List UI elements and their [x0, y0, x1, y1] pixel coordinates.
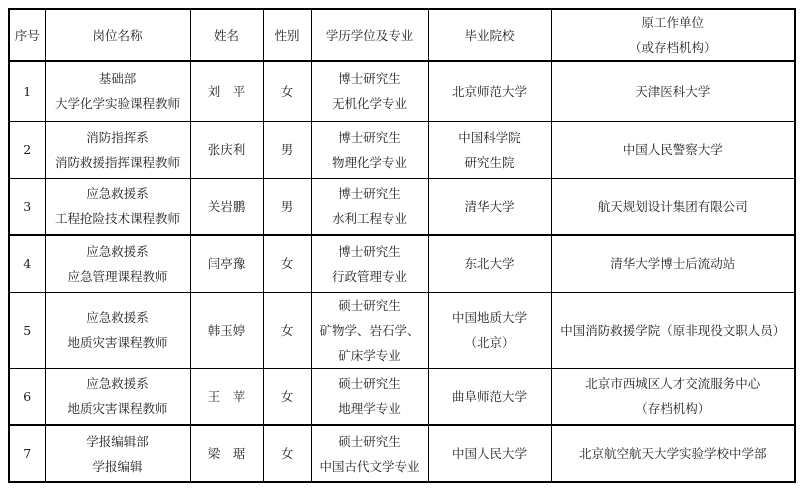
cell-line: 北京市西城区人才交流服务中心 — [554, 371, 793, 396]
cell-line: 女 — [266, 79, 309, 104]
column-header-line: 学历学位及专业 — [314, 23, 426, 48]
cell-line: 基础部 — [48, 66, 188, 91]
cell-line: 4 — [12, 251, 43, 276]
table-row: 2消防指挥系消防救援指挥课程教师张庆利男博士研究生物理化学专业中国科学院研究生院… — [9, 121, 795, 178]
cell-position: 学报编辑部学报编辑 — [45, 425, 190, 482]
cell-line: 博士研究生 — [314, 181, 426, 206]
cell-line: 女 — [266, 441, 309, 466]
cell-line: 矿物学、岩石学、 — [314, 318, 426, 343]
cell-original-unit: 天津医科大学 — [551, 61, 795, 121]
cell-education: 硕士研究生矿物学、岩石学、矿床学专业 — [311, 292, 428, 368]
cell-index: 1 — [9, 61, 45, 121]
cell-name: 刘 平 — [190, 61, 263, 121]
cell-line: 男 — [266, 137, 309, 162]
cell-name: 闫亭豫 — [190, 235, 263, 292]
cell-education: 博士研究生行政管理专业 — [311, 235, 428, 292]
column-header-gender: 性别 — [263, 9, 311, 61]
cell-name: 关岩鹏 — [190, 178, 263, 235]
cell-line: 王 苹 — [193, 384, 261, 409]
cell-line: 应急救援系 — [48, 239, 188, 264]
cell-education: 博士研究生无机化学专业 — [311, 61, 428, 121]
table-header: 序号岗位名称姓名性别学历学位及专业毕业院校原工作单位（或存档机构） — [9, 9, 795, 61]
cell-school: 中国地质大学（北京） — [428, 292, 551, 368]
cell-original-unit: 中国消防救援学院（原非现役文职人员） — [551, 292, 795, 368]
cell-line: 中国地质大学 — [431, 305, 549, 330]
column-header-line: （或存档机构） — [554, 35, 793, 60]
cell-school: 曲阜师范大学 — [428, 368, 551, 425]
cell-line: 研究生院 — [431, 150, 549, 175]
cell-line: 消防救援指挥课程教师 — [48, 150, 188, 175]
cell-index: 6 — [9, 368, 45, 425]
cell-education: 硕士研究生中国古代文学专业 — [311, 425, 428, 482]
cell-index: 4 — [9, 235, 45, 292]
cell-education: 博士研究生水利工程专业 — [311, 178, 428, 235]
column-header-index: 序号 — [9, 9, 45, 61]
cell-line: 6 — [12, 384, 43, 409]
cell-original-unit: 北京航空航天大学实验学校中学部 — [551, 425, 795, 482]
cell-line: （北京） — [431, 330, 549, 355]
cell-line: 7 — [12, 441, 43, 466]
cell-position: 基础部大学化学实验课程教师 — [45, 61, 190, 121]
cell-line: 大学化学实验课程教师 — [48, 91, 188, 116]
cell-index: 2 — [9, 121, 45, 178]
cell-original-unit: 北京市西城区人才交流服务中心（存档机构） — [551, 368, 795, 425]
cell-line: 工程抢险技术课程教师 — [48, 206, 188, 231]
cell-school: 北京师范大学 — [428, 61, 551, 121]
cell-line: （存档机构） — [554, 396, 793, 421]
cell-position: 应急救援系应急管理课程教师 — [45, 235, 190, 292]
table-row: 7学报编辑部学报编辑梁 琚女硕士研究生中国古代文学专业中国人民大学北京航空航天大… — [9, 425, 795, 482]
cell-gender: 男 — [263, 178, 311, 235]
table-row: 4应急救援系应急管理课程教师闫亭豫女博士研究生行政管理专业东北大学清华大学博士后… — [9, 235, 795, 292]
cell-line: 学报编辑部 — [48, 429, 188, 454]
cell-index: 3 — [9, 178, 45, 235]
cell-line: 1 — [12, 79, 43, 104]
cell-line: 5 — [12, 318, 43, 343]
table-row: 1基础部大学化学实验课程教师刘 平女博士研究生无机化学专业北京师范大学天津医科大… — [9, 61, 795, 121]
cell-line: 中国消防救援学院（原非现役文职人员） — [554, 318, 793, 343]
cell-line: 博士研究生 — [314, 125, 426, 150]
cell-line: 中国人民警察大学 — [554, 137, 793, 162]
cell-line: 地理学专业 — [314, 396, 426, 421]
cell-education: 博士研究生物理化学专业 — [311, 121, 428, 178]
cell-original-unit: 中国人民警察大学 — [551, 121, 795, 178]
cell-index: 5 — [9, 292, 45, 368]
table-row: 5应急救援系地质灾害课程教师韩玉婷女硕士研究生矿物学、岩石学、矿床学专业中国地质… — [9, 292, 795, 368]
cell-school: 中国人民大学 — [428, 425, 551, 482]
cell-line: 女 — [266, 251, 309, 276]
cell-line: 行政管理专业 — [314, 264, 426, 289]
cell-line: 应急救援系 — [48, 181, 188, 206]
column-header-name: 姓名 — [190, 9, 263, 61]
cell-school: 清华大学 — [428, 178, 551, 235]
cell-gender: 女 — [263, 235, 311, 292]
cell-line: 硕士研究生 — [314, 293, 426, 318]
cell-line: 应急救援系 — [48, 305, 188, 330]
cell-line: 刘 平 — [193, 79, 261, 104]
cell-position: 应急救援系工程抢险技术课程教师 — [45, 178, 190, 235]
cell-line: 清华大学 — [431, 194, 549, 219]
cell-line: 男 — [266, 194, 309, 219]
cell-position: 消防指挥系消防救援指挥课程教师 — [45, 121, 190, 178]
cell-name: 王 苹 — [190, 368, 263, 425]
column-header-line: 岗位名称 — [48, 23, 188, 48]
cell-gender: 女 — [263, 368, 311, 425]
column-header-line: 姓名 — [193, 23, 261, 48]
column-header-school: 毕业院校 — [428, 9, 551, 61]
cell-line: 应急救援系 — [48, 371, 188, 396]
cell-original-unit: 清华大学博士后流动站 — [551, 235, 795, 292]
cell-name: 张庆利 — [190, 121, 263, 178]
cell-gender: 女 — [263, 425, 311, 482]
cell-original-unit: 航天规划设计集团有限公司 — [551, 178, 795, 235]
cell-line: 天津医科大学 — [554, 79, 793, 104]
cell-line: 东北大学 — [431, 251, 549, 276]
cell-gender: 男 — [263, 121, 311, 178]
cell-line: 矿床学专业 — [314, 343, 426, 368]
cell-gender: 女 — [263, 292, 311, 368]
cell-line: 水利工程专业 — [314, 206, 426, 231]
cell-line: 闫亭豫 — [193, 251, 261, 276]
cell-line: 中国人民大学 — [431, 441, 549, 466]
cell-line: 应急管理课程教师 — [48, 264, 188, 289]
cell-line: 学报编辑 — [48, 454, 188, 479]
cell-line: 博士研究生 — [314, 66, 426, 91]
column-header-line: 原工作单位 — [554, 10, 793, 35]
cell-line: 北京航空航天大学实验学校中学部 — [554, 441, 793, 466]
cell-line: 梁 琚 — [193, 441, 261, 466]
cell-line: 北京师范大学 — [431, 79, 549, 104]
cell-line: 中国古代文学专业 — [314, 454, 426, 479]
cell-line: 曲阜师范大学 — [431, 384, 549, 409]
cell-line: 清华大学博士后流动站 — [554, 251, 793, 276]
column-header-original-unit: 原工作单位（或存档机构） — [551, 9, 795, 61]
cell-school: 东北大学 — [428, 235, 551, 292]
cell-name: 梁 琚 — [190, 425, 263, 482]
cell-line: 女 — [266, 318, 309, 343]
cell-line: 3 — [12, 194, 43, 219]
cell-index: 7 — [9, 425, 45, 482]
cell-position: 应急救援系地质灾害课程教师 — [45, 292, 190, 368]
cell-line: 女 — [266, 384, 309, 409]
column-header-position: 岗位名称 — [45, 9, 190, 61]
column-header-education: 学历学位及专业 — [311, 9, 428, 61]
cell-school: 中国科学院研究生院 — [428, 121, 551, 178]
header-row: 序号岗位名称姓名性别学历学位及专业毕业院校原工作单位（或存档机构） — [9, 9, 795, 61]
table-row: 6应急救援系地质灾害课程教师王 苹女硕士研究生地理学专业曲阜师范大学北京市西城区… — [9, 368, 795, 425]
column-header-line: 性别 — [266, 23, 309, 48]
table-body: 1基础部大学化学实验课程教师刘 平女博士研究生无机化学专业北京师范大学天津医科大… — [9, 61, 795, 482]
cell-line: 硕士研究生 — [314, 371, 426, 396]
cell-line: 中国科学院 — [431, 125, 549, 150]
cell-line: 张庆利 — [193, 137, 261, 162]
cell-line: 地质灾害课程教师 — [48, 330, 188, 355]
column-header-line: 序号 — [12, 23, 43, 48]
cell-line: 地质灾害课程教师 — [48, 396, 188, 421]
cell-line: 硕士研究生 — [314, 429, 426, 454]
cell-education: 硕士研究生地理学专业 — [311, 368, 428, 425]
staff-recruitment-table: 序号岗位名称姓名性别学历学位及专业毕业院校原工作单位（或存档机构） 1基础部大学… — [8, 8, 796, 483]
cell-line: 2 — [12, 137, 43, 162]
cell-line: 无机化学专业 — [314, 91, 426, 116]
cell-line: 博士研究生 — [314, 239, 426, 264]
cell-name: 韩玉婷 — [190, 292, 263, 368]
cell-line: 消防指挥系 — [48, 125, 188, 150]
cell-gender: 女 — [263, 61, 311, 121]
cell-line: 物理化学专业 — [314, 150, 426, 175]
column-header-line: 毕业院校 — [431, 23, 549, 48]
cell-line: 关岩鹏 — [193, 194, 261, 219]
cell-position: 应急救援系地质灾害课程教师 — [45, 368, 190, 425]
cell-line: 韩玉婷 — [193, 318, 261, 343]
cell-line: 航天规划设计集团有限公司 — [554, 194, 793, 219]
table-row: 3应急救援系工程抢险技术课程教师关岩鹏男博士研究生水利工程专业清华大学航天规划设… — [9, 178, 795, 235]
